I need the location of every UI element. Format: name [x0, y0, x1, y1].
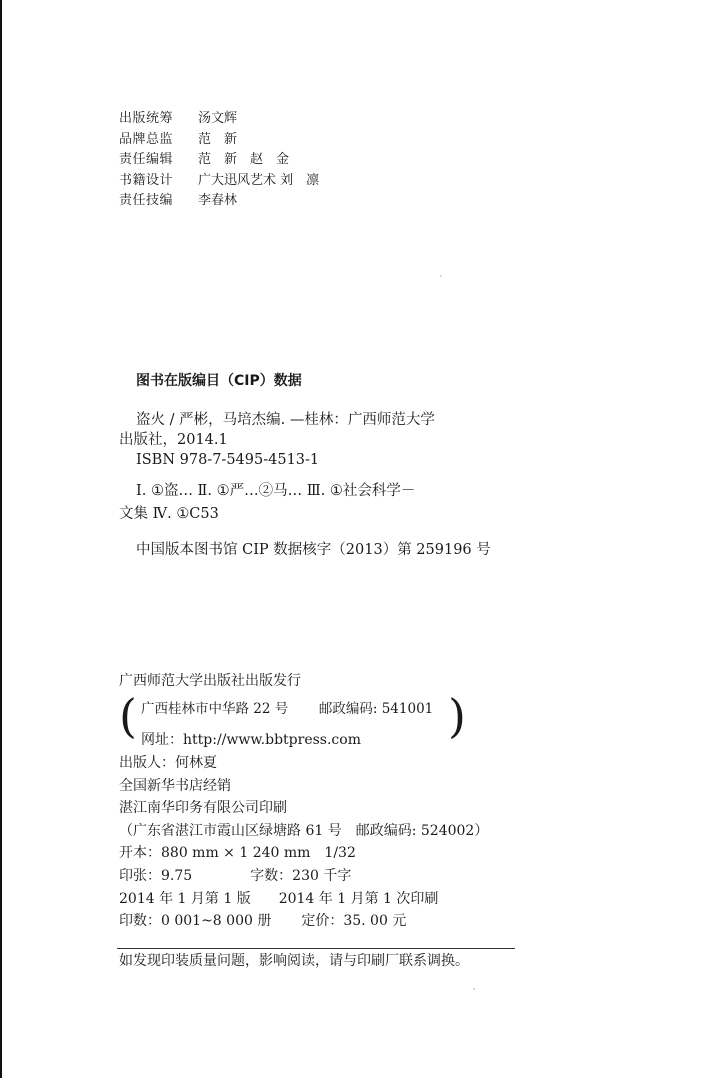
divider-rule [117, 948, 515, 949]
cip-classification-line1: Ⅰ. ①盗… Ⅱ. ①严…②马… Ⅲ. ①社会科学－ [119, 481, 479, 501]
quality-notice: 如发现印装质量问题，影响阅读，请与印刷厂联系调换。 [119, 951, 469, 971]
edition-and-printing: 2014 年 1 月第 1 版2014 年 1 月第 1 次印刷 [119, 888, 488, 911]
cip-classification-line2: 文集 Ⅳ. ①C53 [119, 504, 479, 524]
credit-value: 广大迅风艺术 刘 凛 [198, 171, 319, 192]
printrun-and-price: 印数：0 001~8 000 册定价：35. 00 元 [119, 910, 488, 933]
imprint-block: 出版人：何林夏 全国新华书店经销 湛江南华印务有限公司印刷 （广东省湛江市霞山区… [119, 752, 488, 933]
credits-block: 出版统筹 汤文辉 品牌总监 范 新 责任编辑 范 新 赵 金 书籍设计 广大迅风… [119, 109, 319, 212]
publisher-postcode-label: 邮政编码: [319, 701, 378, 717]
credit-row-brand-director: 品牌总监 范 新 [119, 130, 319, 151]
publisher-website-label: 网址： [141, 732, 183, 748]
publisher-website-line: 网址：http://www.bbtpress.com [141, 729, 361, 749]
scan-speck [440, 275, 442, 277]
price: 定价：35. 00 元 [301, 913, 406, 929]
publisher-address: 广西桂林市中华路 22 号 [141, 701, 288, 717]
address-paren-close: ) [448, 693, 466, 739]
credit-row-publishing-coordinator: 出版统筹 汤文辉 [119, 109, 319, 130]
format: 开本：880 mm × 1 240 mm 1/32 [119, 842, 488, 865]
credit-label: 品牌总监 [119, 130, 198, 151]
cip-record-number: 中国版本图书馆 CIP 数据核字（2013）第 259196 号 [119, 540, 479, 560]
credit-value: 汤文辉 [198, 109, 237, 130]
printer: 湛江南华印务有限公司印刷 [119, 797, 488, 820]
credit-row-book-design: 书籍设计 广大迅风艺术 刘 凛 [119, 171, 319, 192]
credit-label: 责任编辑 [119, 150, 198, 171]
printer-address: （广东省湛江市霞山区绿塘路 61 号 邮政编码: 524002） [119, 820, 488, 843]
credit-row-technical-editor: 责任技编 李春林 [119, 191, 319, 212]
printing: 2014 年 1 月第 1 次印刷 [279, 891, 439, 907]
publisher-postcode: 541001 [382, 701, 434, 717]
credit-label: 责任技编 [119, 191, 198, 212]
credit-value: 范 新 [198, 130, 237, 151]
credit-label: 书籍设计 [119, 171, 198, 192]
publisher-website-link[interactable]: http://www.bbtpress.com [183, 732, 361, 748]
distributor: 全国新华书店经销 [119, 775, 488, 798]
address-paren-open: ( [119, 693, 137, 739]
cip-isbn: ISBN 978-7-5495-4513-1 [119, 450, 479, 470]
edition: 2014 年 1 月第 1 版 [119, 891, 251, 907]
page-left-edge [0, 0, 2, 1078]
credit-row-editor: 责任编辑 范 新 赵 金 [119, 150, 319, 171]
cip-entry: 盗火 / 严彬，马培杰编. —桂林：广西师范大学 出版社，2014.1 ISBN… [119, 410, 479, 560]
word-count: 字数：230 千字 [250, 868, 351, 884]
publisher-address-line: 广西桂林市中华路 22 号 邮政编码: 541001 [141, 697, 433, 717]
credit-value: 李春林 [198, 191, 237, 212]
cip-title: 图书在版编目（CIP）数据 [136, 370, 302, 390]
sheets: 印张：9.75 [119, 868, 192, 884]
print-run: 印数：0 001~8 000 册 [119, 913, 271, 929]
cip-entry-line1: 盗火 / 严彬，马培杰编. —桂林：广西师范大学 [119, 410, 479, 430]
scan-speck [473, 988, 475, 990]
sheets-and-wordcount: 印张：9.75字数：230 千字 [119, 865, 488, 888]
cip-entry-line2: 出版社，2014.1 [119, 430, 479, 450]
publisher-person: 出版人：何林夏 [119, 752, 488, 775]
credit-label: 出版统筹 [119, 109, 198, 130]
credit-value: 范 新 赵 金 [198, 150, 289, 171]
publisher-name: 广西师范大学出版社出版发行 [119, 670, 301, 692]
